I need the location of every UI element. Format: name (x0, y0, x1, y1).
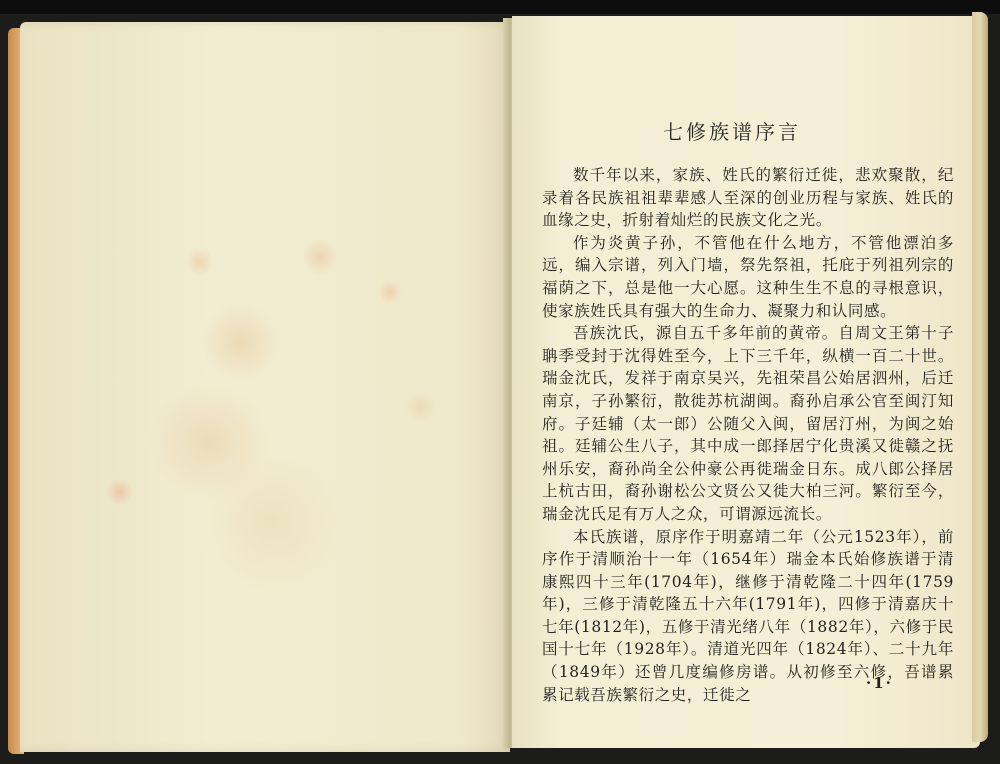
paragraph-2: 作为炎黄子孙，不管他在什么地方，不管他漂泊多远，编入宗谱，列入门墙，祭先祭祖，托… (542, 232, 954, 322)
preface-body: 数千年以来，家族、姓氏的繁衍迁徙，悲欢聚散，纪录着各民族祖祖辈辈感人至深的创业历… (542, 164, 954, 706)
page-number: ·1· (866, 674, 893, 692)
page-title: 七修族谱序言 (512, 116, 922, 145)
paragraph-3: 吾族沈氏，源自五千多年前的黄帝。自周文王第十子聃季受封于沈得姓至今，上下三千年，… (542, 322, 954, 525)
paragraph-1: 数千年以来，家族、姓氏的繁衍迁徙，悲欢聚散，纪录着各民族祖祖辈辈感人至深的创业历… (542, 164, 954, 232)
left-page (20, 22, 510, 752)
right-page-edge (972, 12, 988, 742)
open-book: 七修族谱序言 数千年以来，家族、姓氏的繁衍迁徙，悲欢聚散，纪录着各民族祖祖辈辈感… (0, 0, 1000, 764)
scanner-top-border (0, 0, 1000, 14)
show-through-text (20, 22, 510, 752)
